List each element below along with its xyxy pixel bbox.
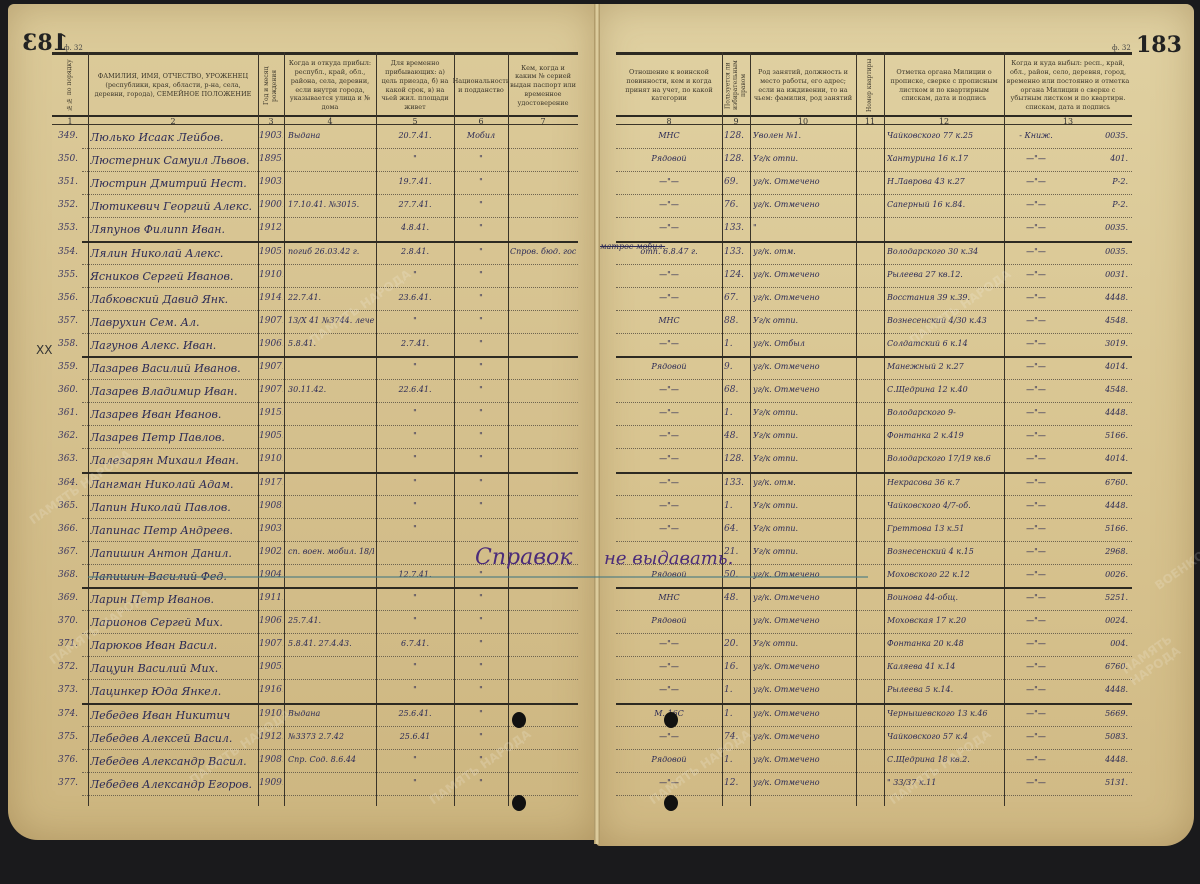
departure-mark: —"— (1008, 408, 1064, 417)
row-number: 350. (58, 154, 88, 164)
row-line (616, 425, 1132, 426)
row-number: 372. (58, 662, 88, 672)
military-status: —"— (618, 454, 720, 463)
nationality: " (456, 362, 506, 371)
departure-mark: —"— (1008, 639, 1064, 648)
person-name: Лазарев Петр Павлов. (90, 431, 256, 444)
temporary-info: " (378, 616, 452, 625)
departure-mark: —"— (1008, 547, 1064, 556)
temporary-info: 25.6.41 (378, 732, 452, 741)
nationality: " (456, 593, 506, 602)
row-number: 362. (58, 431, 88, 441)
row-line (616, 379, 1132, 380)
row-line (616, 541, 1132, 542)
row-line (82, 171, 578, 172)
nationality: " (456, 293, 506, 302)
nationality: " (456, 732, 506, 741)
birth-year: 1910. (259, 454, 283, 464)
column-number: 2 (88, 117, 258, 126)
departure-code: 4448. (1064, 408, 1128, 417)
military-status: Рядовой (618, 616, 720, 625)
occupation: уг/к. Отмечено (753, 732, 853, 741)
temporary-info: " (378, 524, 452, 533)
voting-right: 76. (724, 200, 749, 210)
row-number: 353. (58, 223, 88, 233)
arrival-info: 5.8.41. (288, 339, 374, 348)
birth-year: 1910. (259, 270, 283, 280)
departure-mark: —"— (1008, 501, 1064, 510)
nationality: " (456, 501, 506, 510)
voting-right: 1. (724, 408, 749, 418)
row-number: 370. (58, 616, 88, 626)
registration-mark: Фонтанка 2 к.419 (887, 431, 1001, 440)
voting-right: 128. (724, 454, 749, 464)
departure-mark: —"— (1008, 778, 1064, 787)
departure-mark: —"— (1008, 524, 1064, 533)
registration-mark: Фонтанка 20 к.48 (887, 639, 1001, 648)
arrival-info: 30.11.42. (288, 385, 374, 394)
temporary-info: " (378, 154, 452, 163)
voting-right: 48. (724, 593, 749, 603)
military-status: —"— (618, 339, 720, 348)
row-line (82, 356, 578, 358)
voting-right: 1. (724, 685, 749, 695)
person-name: Лапинас Петр Андреев. (90, 524, 256, 537)
punch-hole (512, 795, 526, 811)
occupation: Уг/к отпи. (753, 501, 853, 510)
margin-mark: ХХ (36, 343, 52, 357)
column-number: 6 (454, 117, 508, 126)
temporary-info: 2.8.41. (378, 247, 452, 256)
row-line (82, 194, 578, 195)
column-number: 9 (722, 117, 750, 126)
row-line (616, 679, 1132, 680)
row-line (616, 448, 1132, 449)
occupation: уг/к. Отбыл (753, 339, 853, 348)
occupation: Уг/к отпи. (753, 639, 853, 648)
person-name: Лагунов Алекс. Иван. (90, 339, 256, 352)
departure-code: 4448. (1064, 755, 1128, 764)
birth-year: 1906. (259, 616, 283, 626)
voting-right: 133. (724, 223, 749, 233)
row-number: 376. (58, 755, 88, 765)
departure-code: 4448. (1064, 501, 1128, 510)
row-line (82, 241, 578, 243)
temporary-info: " (378, 316, 452, 325)
row-line (82, 726, 578, 727)
military-status: —"— (618, 662, 720, 671)
row-number: 375. (58, 732, 88, 742)
nationality: " (456, 709, 506, 718)
registration-mark: Рылеева 27 кв.12. (887, 270, 1001, 279)
row-line (82, 472, 578, 474)
row-number: 355. (58, 270, 88, 280)
departure-code: 0035. (1064, 247, 1128, 256)
row-line (616, 587, 1132, 589)
military-status: —"— (618, 431, 720, 440)
birth-year: 1906. (259, 339, 283, 349)
departure-mark: —"— (1008, 223, 1064, 232)
occupation: Уволен №1. (753, 131, 853, 140)
nationality: " (456, 454, 506, 463)
column-number: 4 (284, 117, 376, 126)
departure-code: 5083. (1064, 732, 1128, 741)
voting-right: 124. (724, 270, 749, 280)
row-number: 366. (58, 524, 88, 534)
departure-mark: —"— (1008, 177, 1064, 186)
person-name: Лазарев Василий Иванов. (90, 362, 256, 375)
row-line (616, 610, 1132, 611)
nationality: Мобил (456, 131, 506, 140)
departure-code: 5669. (1064, 709, 1128, 718)
occupation: уг/к. Отмечено (753, 593, 853, 602)
temporary-info: 22.6.41. (378, 385, 452, 394)
registration-mark: Хантурина 16 к.17 (887, 154, 1001, 163)
military-status: МНС (618, 131, 720, 140)
temporary-info: 6.7.41. (378, 639, 452, 648)
military-status: —"— (618, 732, 720, 741)
row-line (82, 148, 578, 149)
row-line (616, 795, 1132, 796)
column-header: Когда и откуда прибыл: республ., край, о… (286, 58, 374, 113)
departure-code: 0035. (1064, 131, 1128, 140)
column-divider (284, 52, 285, 806)
row-line (82, 425, 578, 426)
birth-year: 1909. (259, 778, 283, 788)
temporary-info: " (378, 362, 452, 371)
departure-code: 4548. (1064, 385, 1128, 394)
departure-code: 0031. (1064, 270, 1128, 279)
row-number: 377. (58, 778, 88, 788)
column-header: Род занятий, должность и место работы, е… (752, 58, 854, 113)
column-divider (856, 52, 857, 806)
departure-code: 2968. (1064, 547, 1128, 556)
row-line (616, 287, 1132, 288)
row-line (616, 333, 1132, 334)
row-number: 352. (58, 200, 88, 210)
birth-year: 1904. (259, 570, 283, 580)
column-divider (376, 52, 377, 806)
row-line (616, 241, 1132, 243)
birth-year: 1905. (259, 247, 283, 257)
temporary-info: " (378, 478, 452, 487)
column-header: Когда и куда выбыл: респ., край, обл., р… (1006, 58, 1130, 113)
row-line (616, 749, 1132, 750)
voting-right: 128. (724, 131, 749, 141)
departure-code: 6760. (1064, 478, 1128, 487)
occupation: Уг/к отпи. (753, 524, 853, 533)
departure-code: Р-2. (1064, 177, 1128, 186)
departure-mark: —"— (1008, 385, 1064, 394)
occupation: уг/к. Отмечено (753, 362, 853, 371)
temporary-info: " (378, 408, 452, 417)
punch-hole (664, 795, 678, 811)
military-status: —"— (618, 524, 720, 533)
column-number: 12 (884, 117, 1004, 126)
departure-mark: —"— (1008, 247, 1064, 256)
departure-code: 3019. (1064, 339, 1128, 348)
temporary-info: " (378, 431, 452, 440)
row-line (82, 264, 578, 265)
registration-mark: Моховского 22 к.12 (887, 570, 1001, 579)
birth-year: 1905. (259, 431, 283, 441)
birth-year: 1908. (259, 755, 283, 765)
nationality: " (456, 339, 506, 348)
voting-right: 1. (724, 709, 749, 719)
column-header: Отношение к воинской повинности, кем и к… (618, 58, 720, 113)
registration-mark: Саперный 16 к.84. (887, 200, 1001, 209)
departure-mark: —"— (1008, 685, 1064, 694)
nationality: " (456, 223, 506, 232)
person-name: Люлько Исаак Лейбов. (90, 131, 256, 144)
voting-right: 1. (724, 501, 749, 511)
military-status: —"— (618, 270, 720, 279)
arrival-info: №3373 2.7.42 (288, 732, 374, 741)
registration-mark: Воинова 44-общ. (887, 593, 1001, 602)
occupation: уг/к. отм. (753, 247, 853, 256)
departure-mark: - Книж. (1008, 131, 1064, 140)
departure-mark: —"— (1008, 200, 1064, 209)
row-number: 363. (58, 454, 88, 464)
voting-right: 64. (724, 524, 749, 534)
military-status: МНС (618, 316, 720, 325)
person-name: Ларюков Иван Васил. (90, 639, 256, 652)
row-line (82, 448, 578, 449)
temporary-info: " (378, 454, 452, 463)
occupation: уг/к. Отмечено (753, 177, 853, 186)
departure-mark: —"— (1008, 478, 1064, 487)
occupation: уг/к. Отмечено (753, 755, 853, 764)
person-name: Лабковский Давид Янк. (90, 293, 256, 306)
registration-mark: Солдатский 6 к.14 (887, 339, 1001, 348)
departure-mark: —"— (1008, 755, 1064, 764)
annotation-note: матрос мобил. (600, 242, 665, 251)
registration-mark: С.Щедрина 12 к.40 (887, 385, 1001, 394)
military-status: —"— (618, 200, 720, 209)
arrival-info: сп. воен. мобил. 18/III 44. (288, 547, 374, 556)
row-line (82, 610, 578, 611)
column-number: 7 (508, 117, 578, 126)
row-line (616, 703, 1132, 705)
row-number: 356. (58, 293, 88, 303)
nationality: " (456, 385, 506, 394)
voting-right: 68. (724, 385, 749, 395)
temporary-info: 4.8.41. (378, 223, 452, 232)
departure-code: 5251. (1064, 593, 1128, 602)
temporary-info: " (378, 501, 452, 510)
voting-right: 133. (724, 247, 749, 257)
row-number: 367. (58, 547, 88, 557)
row-number: 359. (58, 362, 88, 372)
voting-right: 133. (724, 478, 749, 488)
birth-year: 1907. (259, 316, 283, 326)
occupation: уг/к. Отмечено (753, 778, 853, 787)
row-line (616, 148, 1132, 149)
military-status: —"— (618, 408, 720, 417)
military-status: Рядовой (618, 362, 720, 371)
voting-right: 69. (724, 177, 749, 187)
departure-code: 0026. (1064, 570, 1128, 579)
departure-code: 5131. (1064, 778, 1128, 787)
person-name: Люстрин Дмитрий Нест. (90, 177, 256, 190)
column-header: Национальность и подданство (456, 58, 506, 113)
person-name: Лацинкер Юда Янкел. (90, 685, 256, 698)
departure-code: 4014. (1064, 454, 1128, 463)
departure-mark: —"— (1008, 339, 1064, 348)
temporary-info: 2.7.41. (378, 339, 452, 348)
row-line (616, 495, 1132, 496)
military-status: Рядовой (618, 154, 720, 163)
column-header: №№ по порядку (54, 58, 86, 113)
registration-mark: Греттова 13 к.51 (887, 524, 1001, 533)
arrival-info: Выдана (288, 131, 374, 140)
column-header: Год и месяц рождения (260, 58, 282, 113)
temporary-info: 27.7.41. (378, 200, 452, 209)
registration-mark: Володарского 9- (887, 408, 1001, 417)
departure-mark: —"— (1008, 616, 1064, 625)
birth-year: 1915. (259, 408, 283, 418)
person-name: Лапишин Антон Данил. (90, 547, 256, 560)
person-name: Лютикевич Георгий Алекс. (90, 200, 256, 213)
column-number: 3 (258, 117, 284, 126)
row-line (616, 472, 1132, 474)
birth-year: 1911. (259, 593, 283, 603)
column-divider (454, 52, 455, 806)
temporary-info: 19.7.41. (378, 177, 452, 186)
nationality: " (456, 200, 506, 209)
row-line (616, 264, 1132, 265)
temporary-info: " (378, 755, 452, 764)
row-line (616, 171, 1132, 172)
occupation: уг/к. Отмечено (753, 200, 853, 209)
column-header: Отметка органа Милиции о прописке, сверк… (886, 58, 1002, 113)
person-name: Лазарев Иван Иванов. (90, 408, 256, 421)
row-line (82, 402, 578, 403)
military-status: —"— (618, 293, 720, 302)
column-divider (722, 52, 723, 806)
departure-code: 401. (1064, 154, 1128, 163)
row-number: 349. (58, 131, 88, 141)
column-header: Кем, когда и каким № серией выдан паспор… (510, 58, 576, 113)
occupation: уг/к. Отмечено (753, 685, 853, 694)
occupation: " (753, 223, 853, 232)
header-rule (52, 52, 578, 55)
departure-mark: —"— (1008, 362, 1064, 371)
departure-code: 4014. (1064, 362, 1128, 371)
row-line (82, 703, 578, 705)
birth-year: 1895. (259, 154, 283, 164)
stamp-ne-vydavat: не выдавать. (604, 548, 733, 569)
temporary-info: 25.6.41. (378, 709, 452, 718)
person-name: Ларин Петр Иванов. (90, 593, 256, 606)
birth-year: 1907. (259, 362, 283, 372)
registration-mark: Каляева 41 к.14 (887, 662, 1001, 671)
right-page-number: 183 (1136, 32, 1182, 58)
row-line (82, 217, 578, 218)
header-rule (616, 52, 1132, 55)
temporary-info: " (378, 662, 452, 671)
arrival-info: 17.10.41. №3015. (288, 200, 374, 209)
birth-year: 1917. (259, 478, 283, 488)
birth-year: 1908. (259, 501, 283, 511)
row-number: 374. (58, 709, 88, 719)
departure-code: 4448. (1064, 293, 1128, 302)
birth-year: 1907. (259, 385, 283, 395)
birth-year: 1907. (259, 639, 283, 649)
military-status: —"— (618, 223, 720, 232)
row-line (82, 656, 578, 657)
departure-code: 5166. (1064, 431, 1128, 440)
registration-mark: Некрасова 36 к.7 (887, 478, 1001, 487)
nationality: " (456, 431, 506, 440)
registration-mark: Н.Лаврова 43 к.27 (887, 177, 1001, 186)
voting-right: 67. (724, 293, 749, 303)
registration-mark: Рылеева 5 к.14. (887, 685, 1001, 694)
registration-mark: Моховская 17 к.20 (887, 616, 1001, 625)
nationality: " (456, 408, 506, 417)
registration-mark: Чайковского 77 к.25 (887, 131, 1001, 140)
passport-info: Спров. бюд. госпиталь (510, 247, 576, 256)
departure-code: 5166. (1064, 524, 1128, 533)
person-name: Ляпунов Филипп Иван. (90, 223, 256, 236)
person-name: Лацуин Василий Мих. (90, 662, 256, 675)
occupation: уг/к. Отмечено (753, 709, 853, 718)
column-number: 5 (376, 117, 454, 126)
nationality: " (456, 662, 506, 671)
departure-code: Р-2. (1064, 200, 1128, 209)
person-name: Лаврухин Сем. Ал. (90, 316, 256, 329)
stamp-spravok: Справок (475, 545, 572, 570)
row-line (82, 633, 578, 634)
registration-mark: Володарского 17/19 кв.6 (887, 454, 1001, 463)
row-line (82, 495, 578, 496)
departure-code: 004. (1064, 639, 1128, 648)
row-line (82, 541, 578, 542)
registration-mark: Володарского 30 к.34 (887, 247, 1001, 256)
nationality: " (456, 685, 506, 694)
occupation: Уг/к отпи. (753, 316, 853, 325)
occupation: уг/к. Отмечено (753, 385, 853, 394)
row-line (82, 795, 578, 796)
departure-code: 0035. (1064, 223, 1128, 232)
row-number: 357. (58, 316, 88, 326)
row-line (82, 518, 578, 519)
row-line (616, 656, 1132, 657)
row-line (616, 194, 1132, 195)
punch-hole (664, 712, 678, 728)
occupation: Уг/к отпи. (753, 431, 853, 440)
voting-right: 20. (724, 639, 749, 649)
row-number: 361. (58, 408, 88, 418)
departure-mark: —"— (1008, 270, 1064, 279)
birth-year: 1903. (259, 131, 283, 141)
row-line (82, 587, 578, 589)
arrival-info: погиб 26.03.42 г. (288, 247, 374, 256)
temporary-info: " (378, 685, 452, 694)
row-number: 351. (58, 177, 88, 187)
departure-code: 4548. (1064, 316, 1128, 325)
person-name: Лазарев Владимир Иван. (90, 385, 256, 398)
birth-year: 1900. (259, 200, 283, 210)
registration-mark: Манежный 2 к.27 (887, 362, 1001, 371)
person-name: Лангман Николай Адам. (90, 478, 256, 491)
voting-right: 88. (724, 316, 749, 326)
departure-code: 0024. (1064, 616, 1128, 625)
column-number: 1 (52, 117, 88, 126)
column-header: Номер квартиры (858, 58, 882, 113)
departure-mark: —"— (1008, 293, 1064, 302)
occupation: уг/к. отм. (753, 478, 853, 487)
